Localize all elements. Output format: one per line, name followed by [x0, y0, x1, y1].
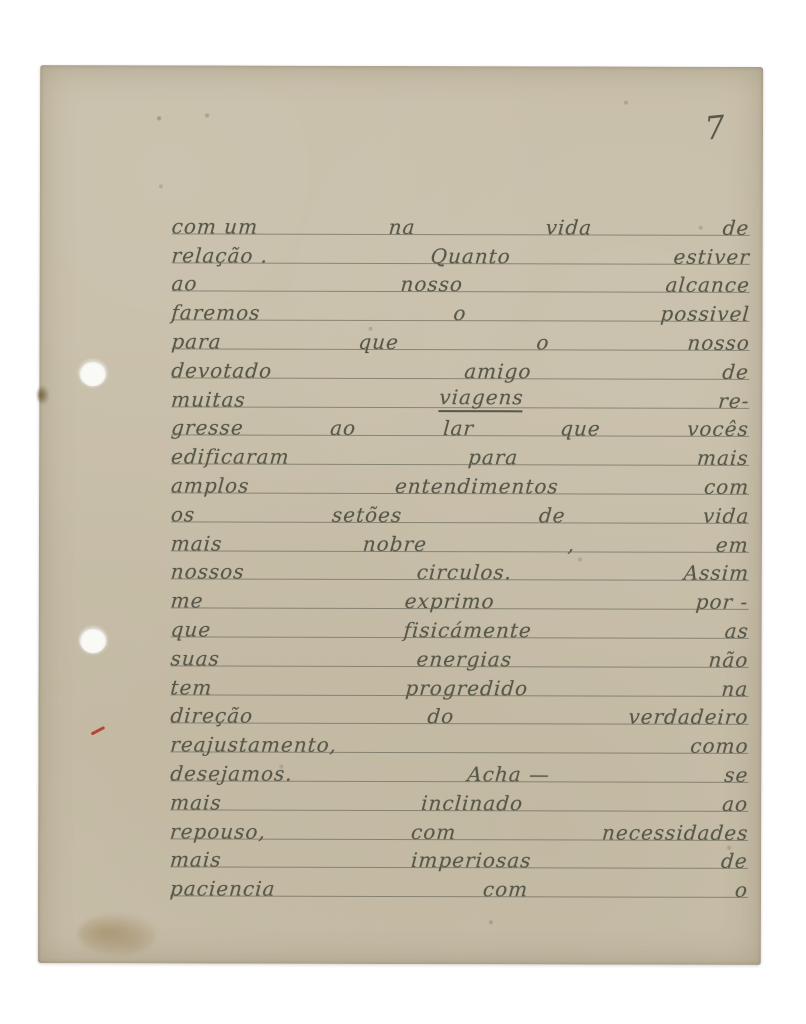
- word: suas: [170, 646, 221, 670]
- word: em: [715, 532, 750, 556]
- scan-background: 7 com umnavidaderelação .Quantoestiverao…: [0, 0, 806, 1024]
- smudge-left-edge: [37, 385, 49, 405]
- word: nosso: [399, 272, 463, 296]
- word: estiver: [673, 244, 751, 268]
- word: setões: [331, 503, 403, 527]
- manuscript-page: 7 com umnavidaderelação .Quantoestiverao…: [38, 65, 763, 965]
- word: verdadeiro: [628, 705, 750, 729]
- word: me: [170, 589, 205, 613]
- word: mais: [170, 531, 223, 555]
- writing-lines: com umnavidaderelação .Quantoestiveraono…: [170, 205, 750, 898]
- word: de: [722, 360, 750, 384]
- word: ao: [171, 272, 199, 296]
- word: alcance: [664, 273, 750, 297]
- word: do: [427, 704, 456, 728]
- word: energias: [416, 647, 513, 671]
- word: na: [388, 215, 417, 239]
- word: mais: [169, 790, 222, 814]
- word: necessidades: [601, 820, 749, 844]
- handwriting-line: nossoscirculos.Assim: [171, 551, 749, 581]
- word: desejamos.: [169, 761, 293, 785]
- word: gresse: [170, 416, 244, 440]
- word: que: [170, 617, 212, 641]
- word: com: [482, 877, 529, 901]
- word: circulos.: [416, 560, 513, 584]
- word: na: [721, 676, 750, 700]
- word: possivel: [659, 302, 750, 326]
- word: de: [721, 849, 749, 873]
- handwriting-line: pacienciacomo: [170, 868, 748, 898]
- word: não: [708, 648, 750, 672]
- word: para: [468, 445, 520, 469]
- punch-hole-bottom: [80, 627, 107, 653]
- handwriting-line: desejamos.Acha —se: [170, 753, 748, 783]
- word: muitas: [170, 387, 246, 411]
- word: se: [723, 763, 749, 787]
- word: tem: [170, 675, 214, 699]
- word: nosso: [686, 331, 750, 355]
- word: progredido: [405, 676, 529, 700]
- word: vocês: [687, 417, 750, 441]
- handwriting-line: devotadoamigode: [171, 349, 749, 379]
- stain-bottom-left: [78, 913, 156, 955]
- word: Acha —: [466, 762, 551, 786]
- word: as: [724, 619, 750, 643]
- word: ao: [330, 416, 358, 440]
- word: direção: [170, 704, 255, 728]
- word: relação .: [171, 243, 269, 267]
- punch-hole-top: [79, 360, 106, 386]
- word: devotado: [171, 358, 274, 382]
- word: que: [560, 417, 602, 441]
- word: o: [734, 878, 749, 902]
- word: lar: [442, 416, 475, 440]
- word: viagens: [439, 385, 525, 412]
- handwriting-line: faremosopossivel: [172, 292, 750, 322]
- word: Quanto: [430, 244, 512, 268]
- word: exprimo: [404, 589, 496, 613]
- word: com um: [171, 214, 259, 238]
- page-number: 7: [693, 107, 737, 149]
- word: para: [171, 329, 223, 353]
- word: como: [689, 734, 749, 758]
- word: faremos: [171, 301, 262, 325]
- word: reajustamento,: [170, 733, 338, 757]
- handwriting-line: edificaramparamais: [171, 436, 749, 466]
- handwriting-line: maisinclinadoao: [170, 781, 748, 811]
- handwriting-line: com umnavidade: [172, 205, 750, 235]
- word: o: [536, 330, 551, 354]
- handwriting-line: maisnobre,em: [171, 522, 749, 552]
- word: re-: [717, 388, 750, 412]
- word: repouso,: [169, 819, 267, 843]
- paper-specks: [40, 65, 42, 67]
- word: o: [453, 301, 468, 325]
- word: paciencia: [169, 877, 276, 901]
- word: de: [722, 216, 750, 240]
- word: inclinado: [420, 791, 524, 815]
- handwriting-line: amplosentendimentoscom: [171, 465, 749, 495]
- word: vida: [702, 504, 750, 528]
- handwriting-line: muitasviagensre-: [171, 378, 749, 408]
- handwriting-line: meexprimopor -: [171, 580, 749, 610]
- word: que: [358, 330, 400, 354]
- word: amigo: [463, 359, 532, 383]
- word: com: [410, 820, 457, 844]
- word: nossos: [170, 560, 246, 584]
- handwriting-line: relação .Quantoestiver: [172, 234, 750, 264]
- word: edificaram: [170, 445, 290, 469]
- word: ao: [721, 792, 749, 816]
- word: de: [538, 503, 566, 527]
- word: imperiosas: [410, 848, 532, 872]
- word: amplos: [170, 473, 250, 497]
- word: mais: [169, 848, 222, 872]
- word: por -: [695, 590, 749, 614]
- word: vida: [545, 215, 593, 239]
- word: Assim: [683, 561, 750, 585]
- word: mais: [697, 446, 750, 470]
- word: fisicámente: [403, 618, 533, 642]
- word: nobre: [362, 531, 428, 555]
- red-pencil-mark: [91, 726, 106, 736]
- word: entendimentos: [394, 474, 559, 498]
- word: com: [703, 475, 750, 499]
- word: os: [170, 502, 196, 526]
